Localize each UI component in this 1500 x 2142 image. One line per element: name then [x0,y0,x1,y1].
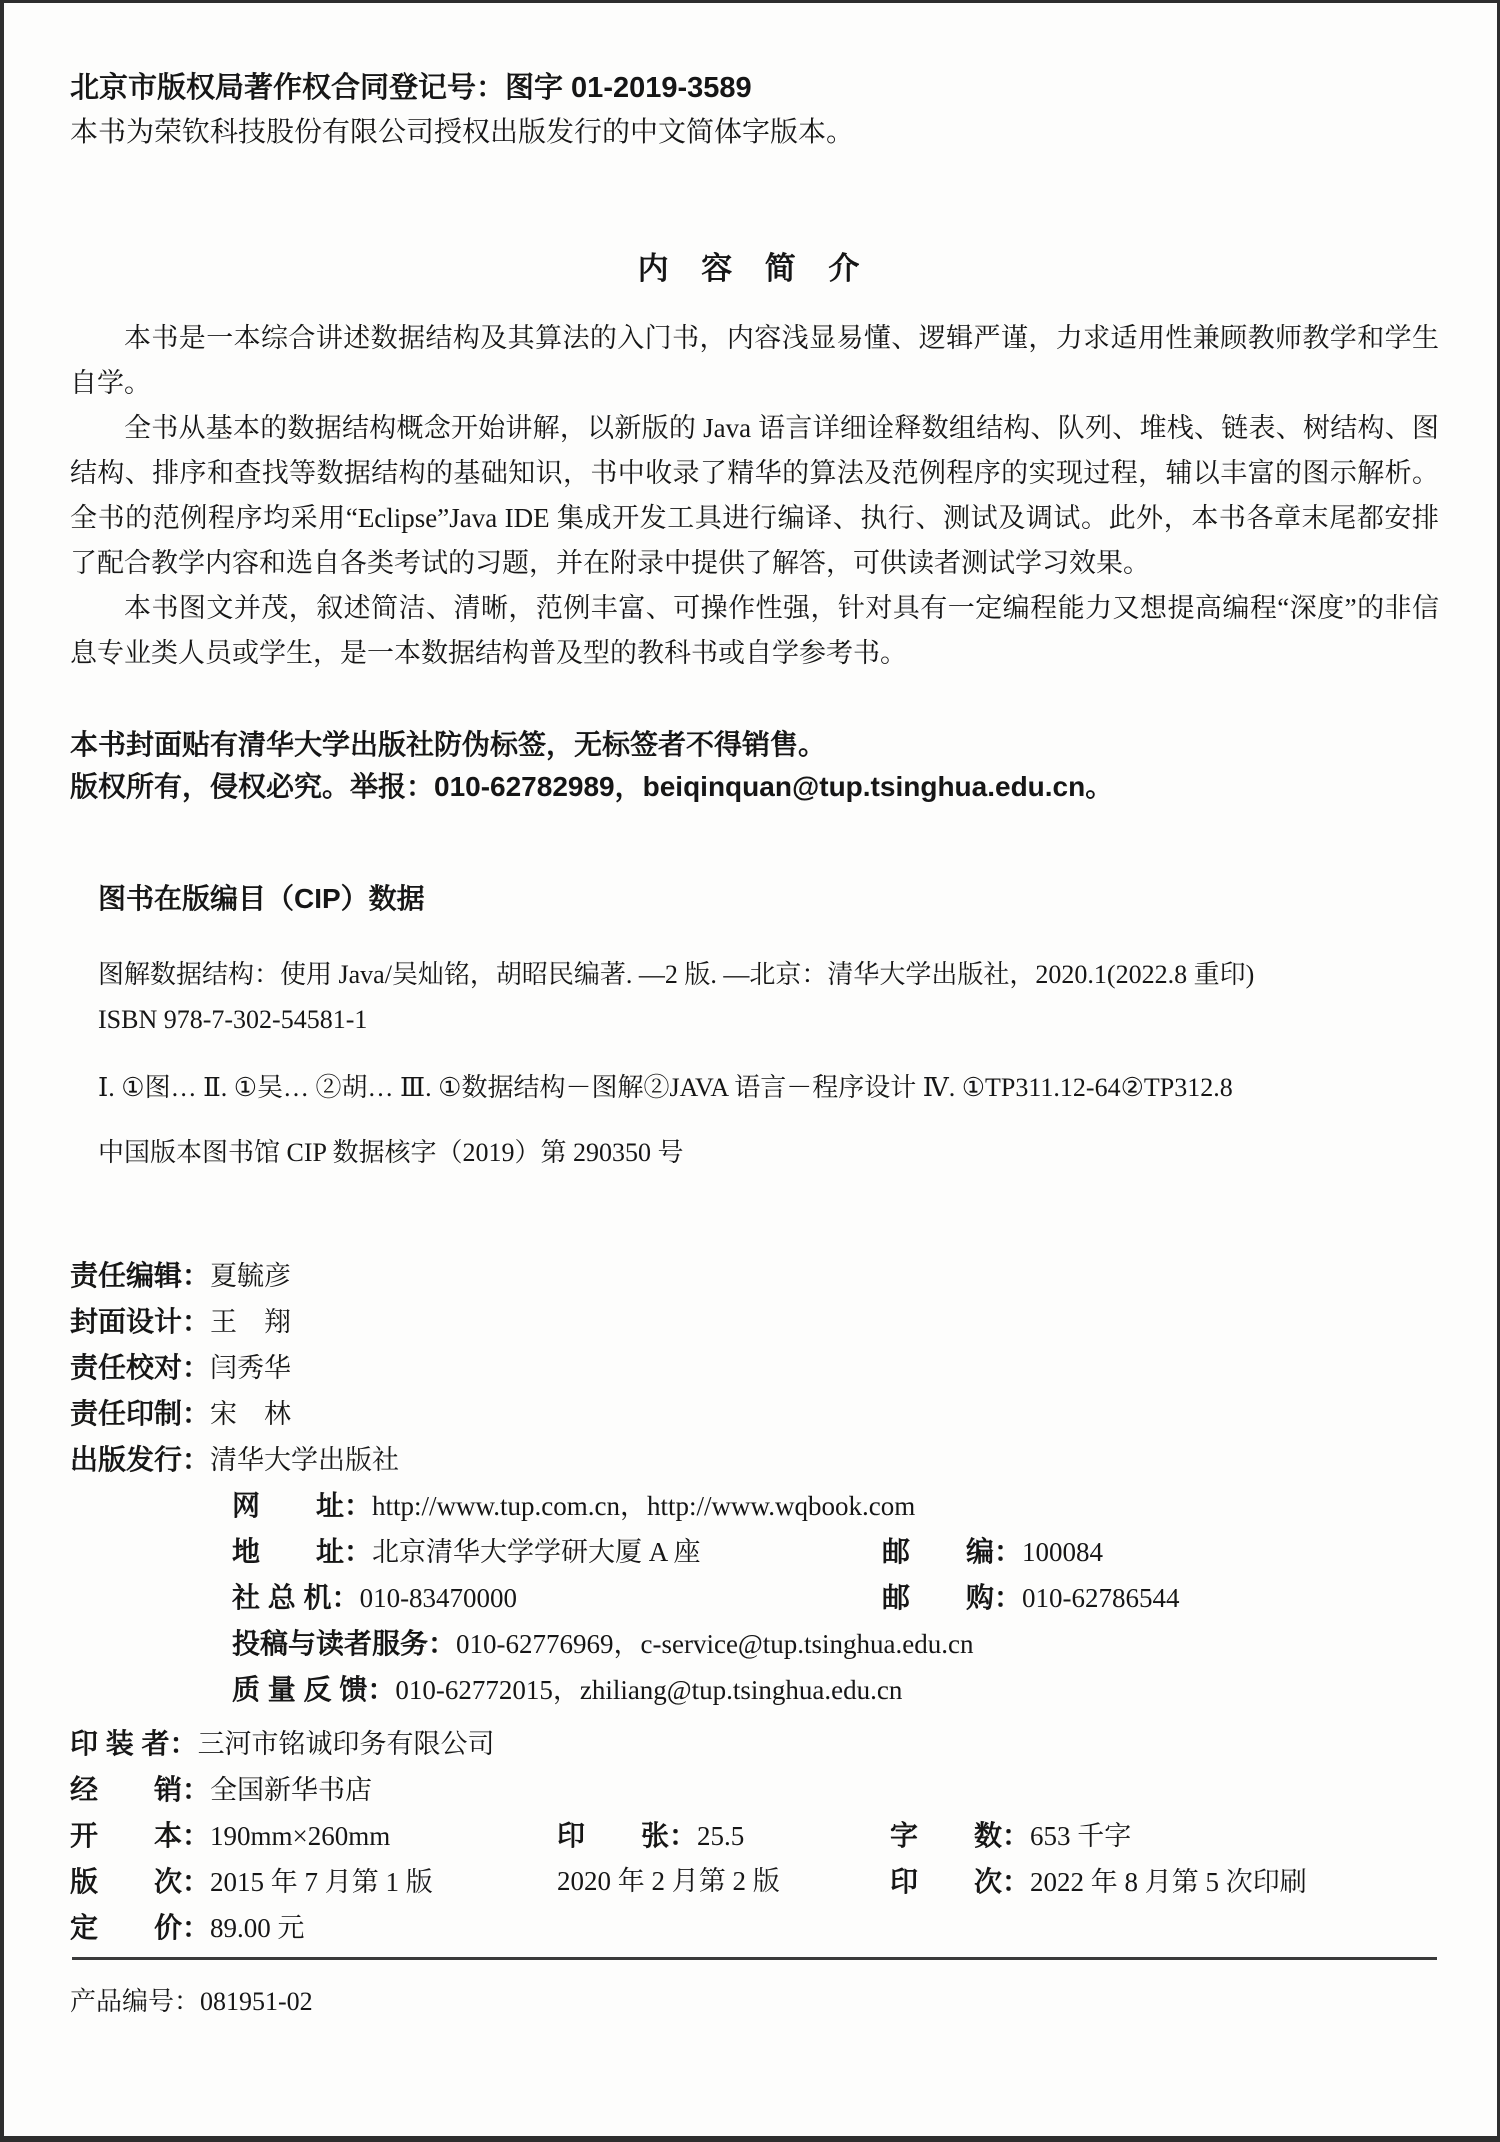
distributor-value: 全国新华书店 [210,1775,372,1805]
intro-paragraph-2: 全书从基本的数据结构概念开始讲解，以新版的 Java 语言详细诠释数组结构、队列… [70,406,1439,586]
cip-block: 图书在版编目（CIP）数据 图解数据结构：使用 Java/吴灿铭，胡昭民编著. … [98,880,1439,1173]
cip-record-number: 中国版本图书馆 CIP 数据核字（2019）第 290350 号 [98,1133,1439,1173]
product-code-value: 081951-02 [200,1987,313,2016]
publisher-name: 清华大学出版社 [210,1445,399,1475]
contact-row-reader-service: 投稿与读者服务：010-62776969，c-service@tup.tsing… [232,1621,1439,1667]
production-row-price: 定 价：89.00 元 [70,1905,1439,1951]
contact-row-quality-feedback: 质 量 反 馈：010-62772015，zhiliang@tup.tsingh… [232,1667,1439,1713]
production-row-edition-impression: 版 次：2015 年 7 月第 1 版2020 年 2 月第 2 版印 次：20… [70,1859,1439,1905]
product-code-line: 产品编号：081951-02 [70,1982,1439,2022]
intro-paragraph-1: 本书是一本综合讲述数据结构及其算法的入门书，内容浅显易懂、逻辑严谨，力求适用性兼… [70,316,1439,406]
intro-paragraph-3: 本书图文并茂，叙述简洁、清晰，范例丰富、可操作性强，针对具有一定编程能力又想提高… [70,586,1439,676]
zip-value: 100084 [1022,1537,1103,1567]
address-label: 地 址： [232,1536,372,1567]
staff-block: 责任编辑：夏毓彦 封面设计：王 翔 责任校对：闫秀华 责任印制：宋 林 出版发行… [70,1253,1439,1483]
editor-label: 责任编辑： [70,1260,210,1291]
edition-label: 版 次： [70,1866,210,1897]
print-supervisor-name: 宋 林 [210,1399,291,1429]
edition-second-value: 2020 年 2 月第 2 版 [557,1866,780,1896]
website-value: http://www.tup.com.cn，http://www.wqbook.… [372,1491,915,1521]
format-label: 开 本： [70,1820,210,1851]
cip-description: 图解数据结构：使用 Java/吴灿铭，胡昭民编著. —2 版. —北京：清华大学… [98,955,1439,995]
product-code-label: 产品编号： [70,1987,200,2016]
word-count-label: 字 数： [890,1820,1030,1851]
authorization-line: 本书为荣钦科技股份有限公司授权出版发行的中文简体字版本。 [70,114,1439,150]
staff-row-print-supervisor: 责任印制：宋 林 [70,1391,1439,1437]
production-row-format-sheets-words: 开 本：190mm×260mm印 张：25.5字 数：653 千字 [70,1813,1439,1859]
reader-service-label: 投稿与读者服务： [232,1628,456,1659]
switchboard-label: 社 总 机： [232,1582,360,1613]
publisher-label: 出版发行： [70,1444,210,1475]
print-supervisor-label: 责任印制： [70,1398,210,1429]
price-label: 定 价： [70,1912,210,1943]
cover-designer-name: 王 翔 [210,1307,291,1337]
cip-classification: Ⅰ. ①图… Ⅱ. ①吴… ②胡… Ⅲ. ①数据结构－图解②JAVA 语言－程序… [98,1068,1439,1108]
printer-label: 印 装 者： [70,1728,198,1759]
contact-row-address-zip: 地 址：北京清华大学学研大厦 A 座邮 编：100084 [232,1529,1439,1575]
intro-title: 内 容 简 介 [70,248,1439,290]
word-count-value: 653 千字 [1030,1821,1131,1851]
contact-row-website: 网 址：http://www.tup.com.cn，http://www.wqb… [232,1483,1439,1529]
edition-first-value: 2015 年 7 月第 1 版 [210,1867,433,1897]
footer-divider-rule [72,1957,1437,1960]
sheets-label: 印 张： [557,1820,697,1851]
page-content: 北京市版权局著作权合同登记号：图字 01-2019-3589 本书为荣钦科技股份… [4,70,1497,2022]
zip-label: 邮 编： [882,1536,1022,1567]
contact-row-switchboard-mailorder: 社 总 机：010-83470000邮 购：010-62786544 [232,1575,1439,1621]
website-label: 网 址： [232,1490,372,1521]
staff-row-cover-design: 封面设计：王 翔 [70,1299,1439,1345]
impression-value: 2022 年 8 月第 5 次印刷 [1030,1867,1307,1897]
mail-order-label: 邮 购： [882,1582,1022,1613]
printer-value: 三河市铭诚印务有限公司 [198,1729,495,1759]
production-block: 印 装 者：三河市铭诚印务有限公司 经 销：全国新华书店 开 本：190mm×2… [70,1721,1439,1951]
quality-feedback-value: 010-62772015，zhiliang@tup.tsinghua.edu.c… [395,1675,902,1705]
switchboard-value: 010-83470000 [360,1583,518,1613]
cover-design-label: 封面设计： [70,1306,210,1337]
intro-section: 本书是一本综合讲述数据结构及其算法的入门书，内容浅显易懂、逻辑严谨，力求适用性兼… [70,316,1439,676]
distributor-label: 经 销： [70,1774,210,1805]
mail-order-value: 010-62786544 [1022,1583,1180,1613]
address-value: 北京清华大学学研大厦 A 座 [372,1537,701,1567]
reader-service-value: 010-62776969，c-service@tup.tsinghua.edu.… [456,1629,974,1659]
copyright-registration-line: 北京市版权局著作权合同登记号：图字 01-2019-3589 [70,70,1439,106]
production-row-distributor: 经 销：全国新华书店 [70,1767,1439,1813]
copyright-infringement-notice: 版权所有，侵权必究。举报：010-62782989，beiqinquan@tup… [70,766,1439,808]
anti-counterfeit-notice: 本书封面贴有清华大学出版社防伪标签，无标签者不得销售。 [70,724,1439,766]
editor-name: 夏毓彦 [210,1261,291,1291]
production-row-printer: 印 装 者：三河市铭诚印务有限公司 [70,1721,1439,1767]
book-copyright-page: 北京市版权局著作权合同登记号：图字 01-2019-3589 本书为荣钦科技股份… [0,0,1500,2142]
cip-heading: 图书在版编目（CIP）数据 [98,880,1439,918]
proofreader-name: 闫秀华 [210,1353,291,1383]
staff-row-editor: 责任编辑：夏毓彦 [70,1253,1439,1299]
sheets-value: 25.5 [697,1821,744,1851]
cip-isbn: ISBN 978-7-302-54581-1 [98,1000,1439,1040]
format-value: 190mm×260mm [210,1821,390,1851]
proofreader-label: 责任校对： [70,1352,210,1383]
staff-row-publisher: 出版发行：清华大学出版社 [70,1437,1439,1483]
price-value: 89.00 元 [210,1913,305,1943]
impression-label: 印 次： [890,1866,1030,1897]
staff-row-proofreader: 责任校对：闫秀华 [70,1345,1439,1391]
publisher-contact-block: 网 址：http://www.tup.com.cn，http://www.wqb… [232,1483,1439,1713]
quality-feedback-label: 质 量 反 馈： [232,1674,395,1705]
